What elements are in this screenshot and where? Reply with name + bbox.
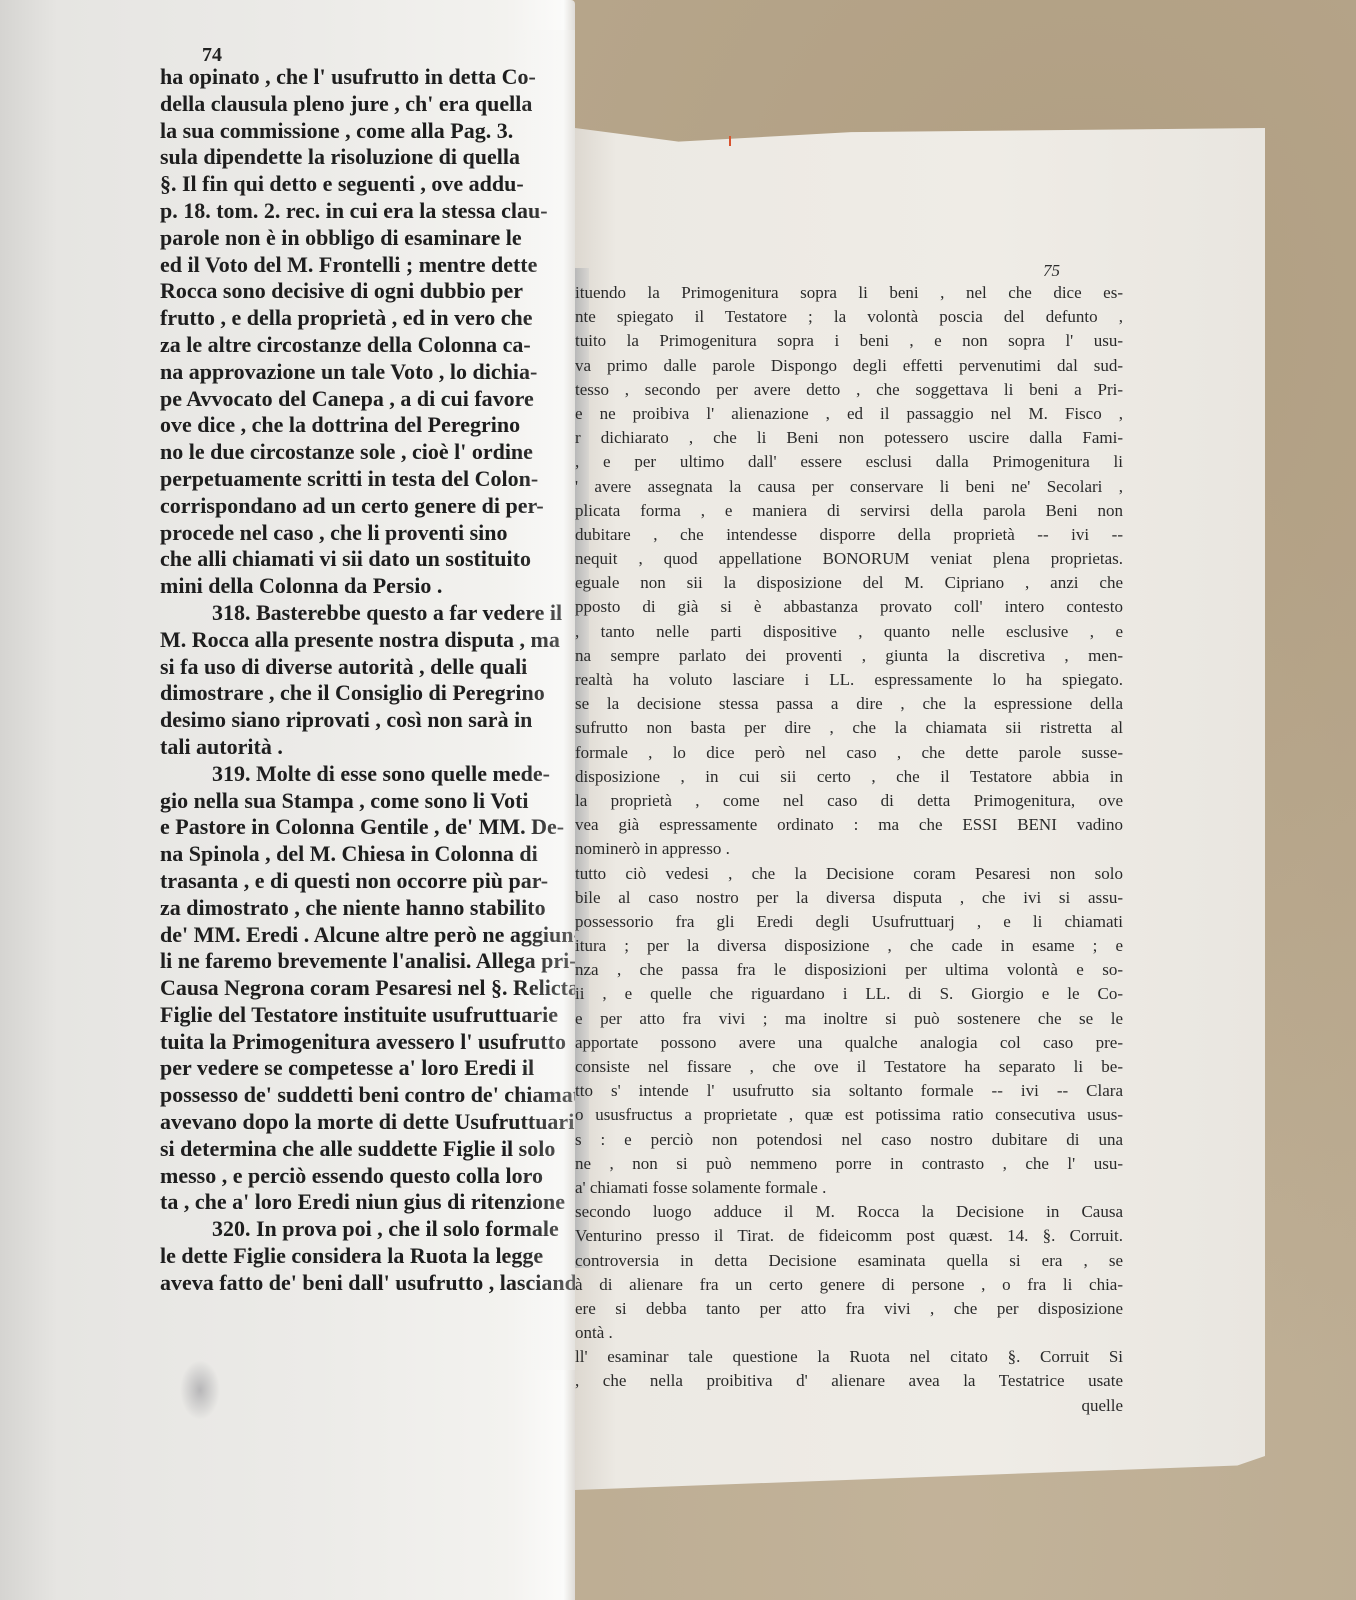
right-page-number: 75 [1043,261,1060,281]
text-line: sufrutto non basta per dire , che la chi… [575,716,1123,740]
text-line: che alli chiamati vi sii dato un sostitu… [160,546,580,573]
text-line: disposizione , in cui sii certo , che il… [575,765,1123,789]
text-line: tali autorità . [160,734,580,761]
text-line: procede nel caso , che li proventi sino [160,520,580,547]
text-line: pe Avvocato del Canepa , a di cui favore [160,386,580,413]
text-line: §. Il fin qui detto e seguenti , ove add… [160,171,580,198]
text-line: tuito la Primogenitura sopra i beni , e … [575,329,1123,353]
text-line: parole non è in obbligo di esaminare le [160,225,580,252]
catchword: quelle [575,1394,1123,1418]
text-line: 318. Basterebbe questo a far vedere il [160,600,580,627]
text-line: vea già espressamente ordinato : ma che … [575,813,1123,837]
right-page-text: ituendo la Primogenitura sopra li beni ,… [575,281,1123,1418]
text-line: avevano dopo la morte di dette Usufruttu… [160,1109,580,1136]
text-line: Venturino presso il Tirat. de fideicomm … [575,1224,1123,1248]
text-line: ove dice , che la dottrina del Peregrino [160,412,580,439]
text-line: r dichiarato , che li Beni non potessero… [575,426,1123,450]
right-page: 75 ituendo la Primogenitura sopra li ben… [575,128,1265,1490]
text-line: dimostrare , che il Consiglio di Peregri… [160,680,580,707]
text-line: gio nella sua Stampa , come sono li Voti [160,788,580,815]
text-line: ta , che a' loro Eredi niun gius di rite… [160,1189,580,1216]
text-line: ere si debba tanto per atto fra vivi , c… [575,1297,1123,1321]
text-line: e ne proibiva l' alienazione , ed il pas… [575,402,1123,426]
text-line: za dimostrato , che niente hanno stabili… [160,895,580,922]
text-line: na Spinola , del M. Chiesa in Colonna di [160,841,580,868]
text-line: ha opinato , che l' usufrutto in detta C… [160,64,580,91]
text-line: possessorio fra gli Eredi degli Usufrutt… [575,910,1123,934]
text-line: dubitare , che intendesse disporre della… [575,523,1123,547]
text-line: le dette Figlie considera la Ruota la le… [160,1243,580,1270]
text-line: plicata forma , e maniera di servirsi de… [575,499,1123,523]
text-line: frutto , e della proprietà , ed in vero … [160,305,580,332]
text-line: na sempre parlato dei proventi , giunta … [575,644,1123,668]
text-line: li ne faremo brevemente l'analisi. Alleg… [160,948,580,975]
text-line: pposto di già si è abbastanza provato co… [575,595,1123,619]
text-line: ontà . [575,1321,1123,1345]
left-page: 74 ha opinato , che l' usufrutto in dett… [0,0,575,1600]
text-line: della clausula pleno jure , ch' era quel… [160,91,580,118]
text-line: aveva fatto de' beni dall' usufrutto , l… [160,1270,580,1297]
text-line: sula dipendette la risoluzione di quella [160,144,580,171]
text-line: na approvazione un tale Voto , lo dichia… [160,359,580,386]
text-line: ituendo la Primogenitura sopra li beni ,… [575,281,1123,305]
text-line: mini della Colonna da Persio . [160,573,580,600]
text-line: corrispondano ad un certo genere di per- [160,493,580,520]
text-line: realtà ha voluto lasciare i LL. espressa… [575,668,1123,692]
text-line: tto s' intende l' usufrutto sia soltanto… [575,1079,1123,1103]
text-line: messo , e perciò essendo questo colla lo… [160,1163,580,1190]
text-line: à di alienare fra un certo genere di per… [575,1273,1123,1297]
text-line: tutto ciò vedesi , che la Decisione cora… [575,862,1123,886]
text-line: , tanto nelle parti dispositive , quanto… [575,620,1123,644]
red-thread-mark [729,136,731,146]
text-line: bile al caso nostro per la diversa dispu… [575,886,1123,910]
text-line: la sua commissione , come alla Pag. 3. [160,118,580,145]
text-line: nominerò in appresso . [575,837,1123,861]
text-line: si determina che alle suddette Figlie il… [160,1136,580,1163]
text-line: Figlie del Testatore instituite usufrutt… [160,1002,580,1029]
text-line: perpetuamente scritti in testa del Colon… [160,466,580,493]
text-line: la proprietà , come nel caso di detta Pr… [575,789,1123,813]
ink-stain [180,1360,220,1420]
text-line: de' MM. Eredi . Alcune altre però ne agg… [160,922,580,949]
text-line: no le due circostanze sole , cioè l' ord… [160,439,580,466]
text-line: za le altre circostanze della Colonna ca… [160,332,580,359]
text-line: va primo dalle parole Dispongo degli eff… [575,354,1123,378]
text-line: formale , lo dice però nel caso , che de… [575,741,1123,765]
text-line: a' chiamati fosse solamente formale . [575,1176,1123,1200]
text-line: ne , non si può nemmeno porre in contras… [575,1152,1123,1176]
text-line: p. 18. tom. 2. rec. in cui era la stessa… [160,198,580,225]
text-line: tesso , secondo per avere detto , che so… [575,378,1123,402]
text-line: e Pastore in Colonna Gentile , de' MM. D… [160,814,580,841]
text-line: itura ; per la diversa disposizione , ch… [575,934,1123,958]
text-line: 319. Molte di esse sono quelle mede- [160,761,580,788]
text-line: desimo siano riprovati , così non sarà i… [160,707,580,734]
text-line: , che nella proibitiva d' alienare avea … [575,1369,1123,1393]
text-line: si fa uso di diverse autorità , delle qu… [160,654,580,681]
text-line: ii , e quelle che riguardano i LL. di S.… [575,982,1123,1006]
text-line: per vedere se competesse a' loro Eredi i… [160,1055,580,1082]
text-line: nza , che passa fra le disposizioni per … [575,958,1123,982]
text-line: Rocca sono decisive di ogni dubbio per [160,278,580,305]
text-line: consiste nel fissare , che ove il Testat… [575,1055,1123,1079]
text-line: se la decisione stessa passa a dire , ch… [575,692,1123,716]
text-line: trasanta , e di questi non occorre più p… [160,868,580,895]
text-line: possesso de' suddetti beni contro de' ch… [160,1082,580,1109]
text-line: secondo luogo adduce il M. Rocca la Deci… [575,1200,1123,1224]
text-line: o ususfructus a proprietate , quæ est po… [575,1103,1123,1127]
text-line: tuita la Primogenitura avessero l' usufr… [160,1029,580,1056]
text-line: nequit , quod appellatione BONORUM venia… [575,547,1123,571]
text-line: 320. In prova poi , che il solo formale [160,1216,580,1243]
text-line: ' avere assegnata la causa per conservar… [575,475,1123,499]
text-line: ll' esaminar tale questione la Ruota nel… [575,1345,1123,1369]
text-line: eguale non sii la disposizione del M. Ci… [575,571,1123,595]
text-line: apportate possono avere una qualche anal… [575,1031,1123,1055]
text-line: ed il Voto del M. Frontelli ; mentre det… [160,252,580,279]
left-page-text: ha opinato , che l' usufrutto in detta C… [160,64,580,1297]
text-line: M. Rocca alla presente nostra disputa , … [160,627,580,654]
text-line: Causa Negrona coram Pesaresi nel §. Reli… [160,975,580,1002]
text-line: e per atto fra vivi ; ma inoltre si può … [575,1007,1123,1031]
text-line: s : e perciò non potendosi nel caso nost… [575,1128,1123,1152]
text-line: nte spiegato il Testatore ; la volontà p… [575,305,1123,329]
text-line: , e per ultimo dall' essere esclusi dall… [575,450,1123,474]
text-line: controversia in detta Decisione esaminat… [575,1249,1123,1273]
